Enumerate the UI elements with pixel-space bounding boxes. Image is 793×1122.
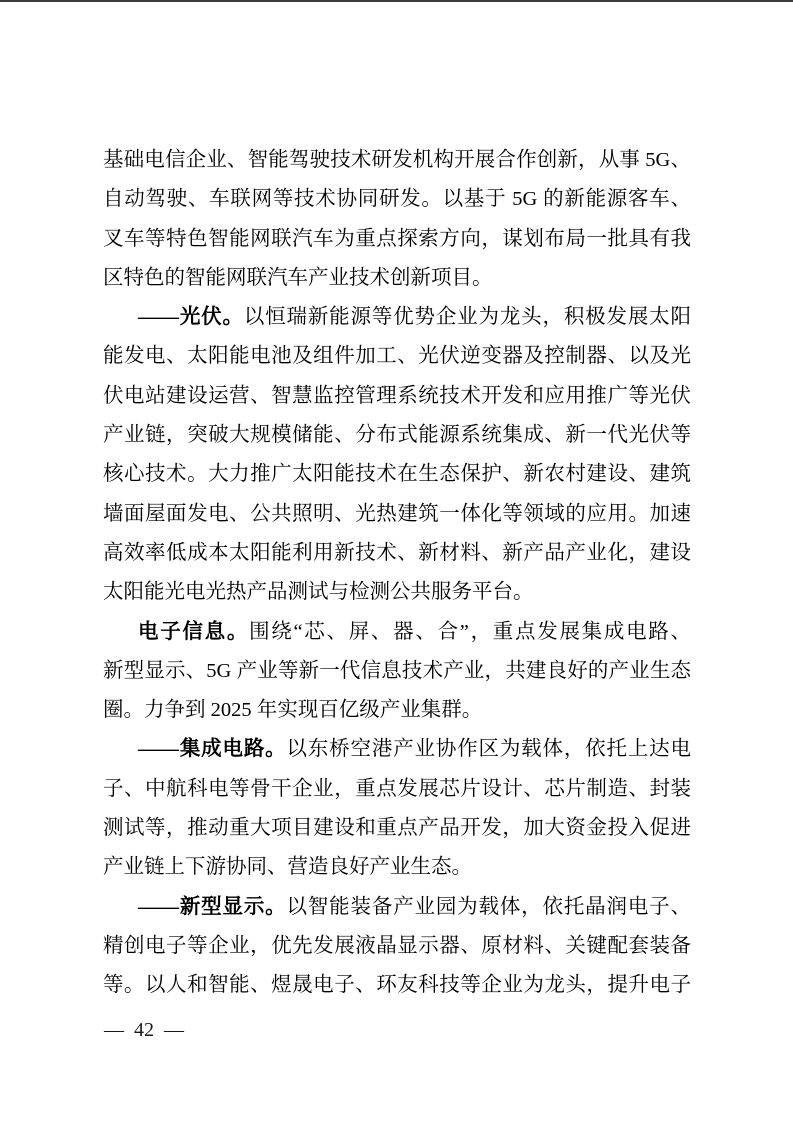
para-intelligent-connected-vehicle-continuation: 基础电信企业、智能驾驶技术研发机构开展合作创新，从事 5G、自动驾驶、车联网等技… <box>103 141 691 298</box>
footer-left-dash: — <box>104 1018 124 1042</box>
line-text: 以恒瑞新能源等优势企业为龙头，积极发展太阳 <box>244 306 691 328</box>
para-photovoltaic: ——光伏。以恒瑞新能源等优势企业为龙头，积极发展太阳能发电、太阳能电池及组件加工… <box>103 298 691 612</box>
text-line: 新型显示、5G 产业等新一代信息技术产业，共建良好的产业生态 <box>103 652 691 691</box>
paragraph-lead: ——新型显示。 <box>138 896 287 918</box>
document-body: 基础电信企业、智能驾驶技术研发机构开展合作创新，从事 5G、自动驾驶、车联网等技… <box>103 141 691 1006</box>
text-line: 基础电信企业、智能驾驶技术研发机构开展合作创新，从事 5G、 <box>103 141 691 180</box>
text-line: ——集成电路。以东桥空港产业协作区为载体，依托上达电 <box>103 730 691 769</box>
paragraph-lead: 电子信息。 <box>138 621 249 643</box>
line-text: 围绕“芯、屏、器、合”，重点发展集成电路、 <box>249 621 691 643</box>
text-line: 伏电站建设运营、智慧监控管理系统技术开发和应用推广等光伏 <box>103 377 691 416</box>
text-line: 高效率低成本太阳能利用新技术、新材料、新产品产业化，建设 <box>103 534 691 573</box>
text-line: 叉车等特色智能网联汽车为重点探索方向，谋划布局一批具有我 <box>103 220 691 259</box>
scan-edge-artifact <box>0 0 793 2</box>
paragraph-lead: ——集成电路。 <box>138 738 287 760</box>
text-line: ——光伏。以恒瑞新能源等优势企业为龙头，积极发展太阳 <box>103 298 691 337</box>
text-line: 区特色的智能网联汽车产业技术创新项目。 <box>103 259 691 298</box>
text-line: 圈。力争到 2025 年实现百亿级产业集群。 <box>103 691 691 730</box>
para-integrated-circuit: ——集成电路。以东桥空港产业协作区为载体，依托上达电子、中航科电等骨干企业，重点… <box>103 730 691 887</box>
text-line: 能发电、太阳能电池及组件加工、光伏逆变器及控制器、以及光 <box>103 337 691 376</box>
text-line: 产业链上下游协同、营造良好产业生态。 <box>103 848 691 887</box>
paragraph-lead: ——光伏。 <box>138 306 244 328</box>
line-text: 以智能装备产业园为载体，依托晶润电子、 <box>287 896 692 918</box>
footer-right-dash: — <box>164 1018 184 1042</box>
text-line: 产业链，突破大规模储能、分布式能源系统集成、新一代光伏等 <box>103 416 691 455</box>
text-line: 太阳能光电光热产品测试与检测公共服务平台。 <box>103 573 691 612</box>
text-line: 自动驾驶、车联网等技术协同研发。以基于 5G 的新能源客车、 <box>103 180 691 219</box>
text-line: 等。以人和智能、煜晟电子、环友科技等企业为龙头，提升电子 <box>103 966 691 1005</box>
para-electronic-information: 电子信息。围绕“芯、屏、器、合”，重点发展集成电路、新型显示、5G 产业等新一代… <box>103 613 691 731</box>
text-line: 精创电子等企业，优先发展液晶显示器、原材料、关键配套装备 <box>103 927 691 966</box>
line-text: 以东桥空港产业协作区为载体，依托上达电 <box>287 738 692 760</box>
text-line: ——新型显示。以智能装备产业园为载体，依托晶润电子、 <box>103 888 691 927</box>
text-line: 子、中航科电等骨干企业，重点发展芯片设计、芯片制造、封装 <box>103 770 691 809</box>
text-line: 测试等，推动重大项目建设和重点产品开发，加大资金投入促进 <box>103 809 691 848</box>
text-line: 电子信息。围绕“芯、屏、器、合”，重点发展集成电路、 <box>103 613 691 652</box>
para-new-display: ——新型显示。以智能装备产业园为载体，依托晶润电子、精创电子等企业，优先发展液晶… <box>103 888 691 1006</box>
page-footer: —42— <box>104 1018 184 1042</box>
page-number: 42 <box>134 1018 154 1042</box>
text-line: 核心技术。大力推广太阳能技术在生态保护、新农村建设、建筑 <box>103 455 691 494</box>
text-line: 墙面屋面发电、公共照明、光热建筑一体化等领域的应用。加速 <box>103 495 691 534</box>
document-page: 基础电信企业、智能驾驶技术研发机构开展合作创新，从事 5G、自动驾驶、车联网等技… <box>0 0 793 1122</box>
